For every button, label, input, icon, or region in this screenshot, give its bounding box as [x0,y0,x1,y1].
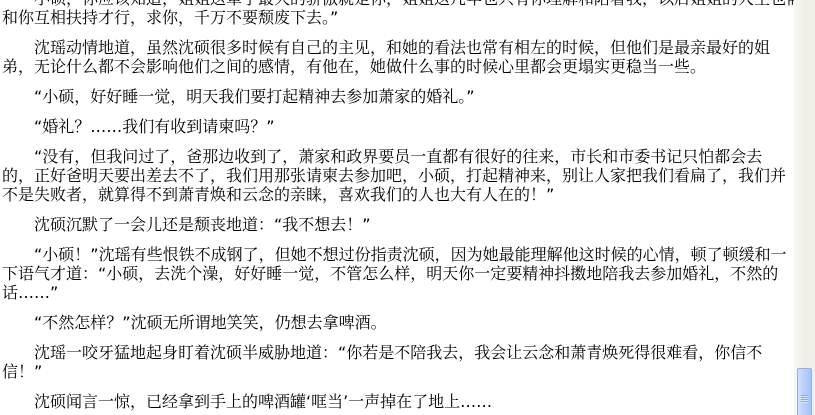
paragraph: 和你互相扶持才行，求你，千万不要颓废下去。” [2,8,794,27]
paragraph: 沈硕闻言一惊，已经拿到手上的啤酒罐‘哐当’一声掉在了地上…… [2,392,794,411]
scrollbar-grip-icon [801,395,808,403]
document-page: 小硕，你应该知道，姐姐这辈子最大的骄傲就是你，姐姐这几年也只有你理解和陪着我，以… [0,0,815,415]
paragraph: “没有，但我问过了，爸那边收到了，萧家和政界要员一直都有很好的往来，市长和市委书… [2,147,794,204]
clipped-top-line-text: 小硕，你应该知道，姐姐这辈子最大的骄傲就是你，姐姐这几年也只有你理解和陪着我，以… [2,0,794,8]
paragraph: 沈硕沉默了一会儿还是颓丧地道：“我不想去！” [2,215,794,234]
paragraph: 沈瑶动情地道，虽然沈硕很多时候有自己的主见，和她的看法也常有相左的时候，但他们是… [2,38,794,76]
scrollbar-thumb[interactable] [797,368,812,415]
paragraph: “婚礼？……我们有收到请柬吗？” [2,117,794,136]
text-content: 小硕，你应该知道，姐姐这辈子最大的骄傲就是你，姐姐这几年也只有你理解和陪着我，以… [0,0,794,415]
paragraph: “不然怎样？”沈硕无所谓地笑笑，仍想去拿啤酒。 [2,313,794,332]
paragraph: “小硕，好好睡一觉，明天我们要打起精神去参加萧家的婚礼。” [2,87,794,106]
paragraph: 沈瑶一咬牙猛地起身盯着沈硕半威胁地道：“你若是不陪我去，我会让云念和萧青焕死得很… [2,343,794,381]
clipped-top-line: 小硕，你应该知道，姐姐这辈子最大的骄傲就是你，姐姐这几年也只有你理解和陪着我，以… [2,0,794,8]
paragraph: “小硕！”沈瑶有些恨铁不成钢了，但她不想过份指责沈硕，因为她最能理解他这时候的心… [2,245,794,302]
vertical-scrollbar[interactable] [794,0,815,415]
